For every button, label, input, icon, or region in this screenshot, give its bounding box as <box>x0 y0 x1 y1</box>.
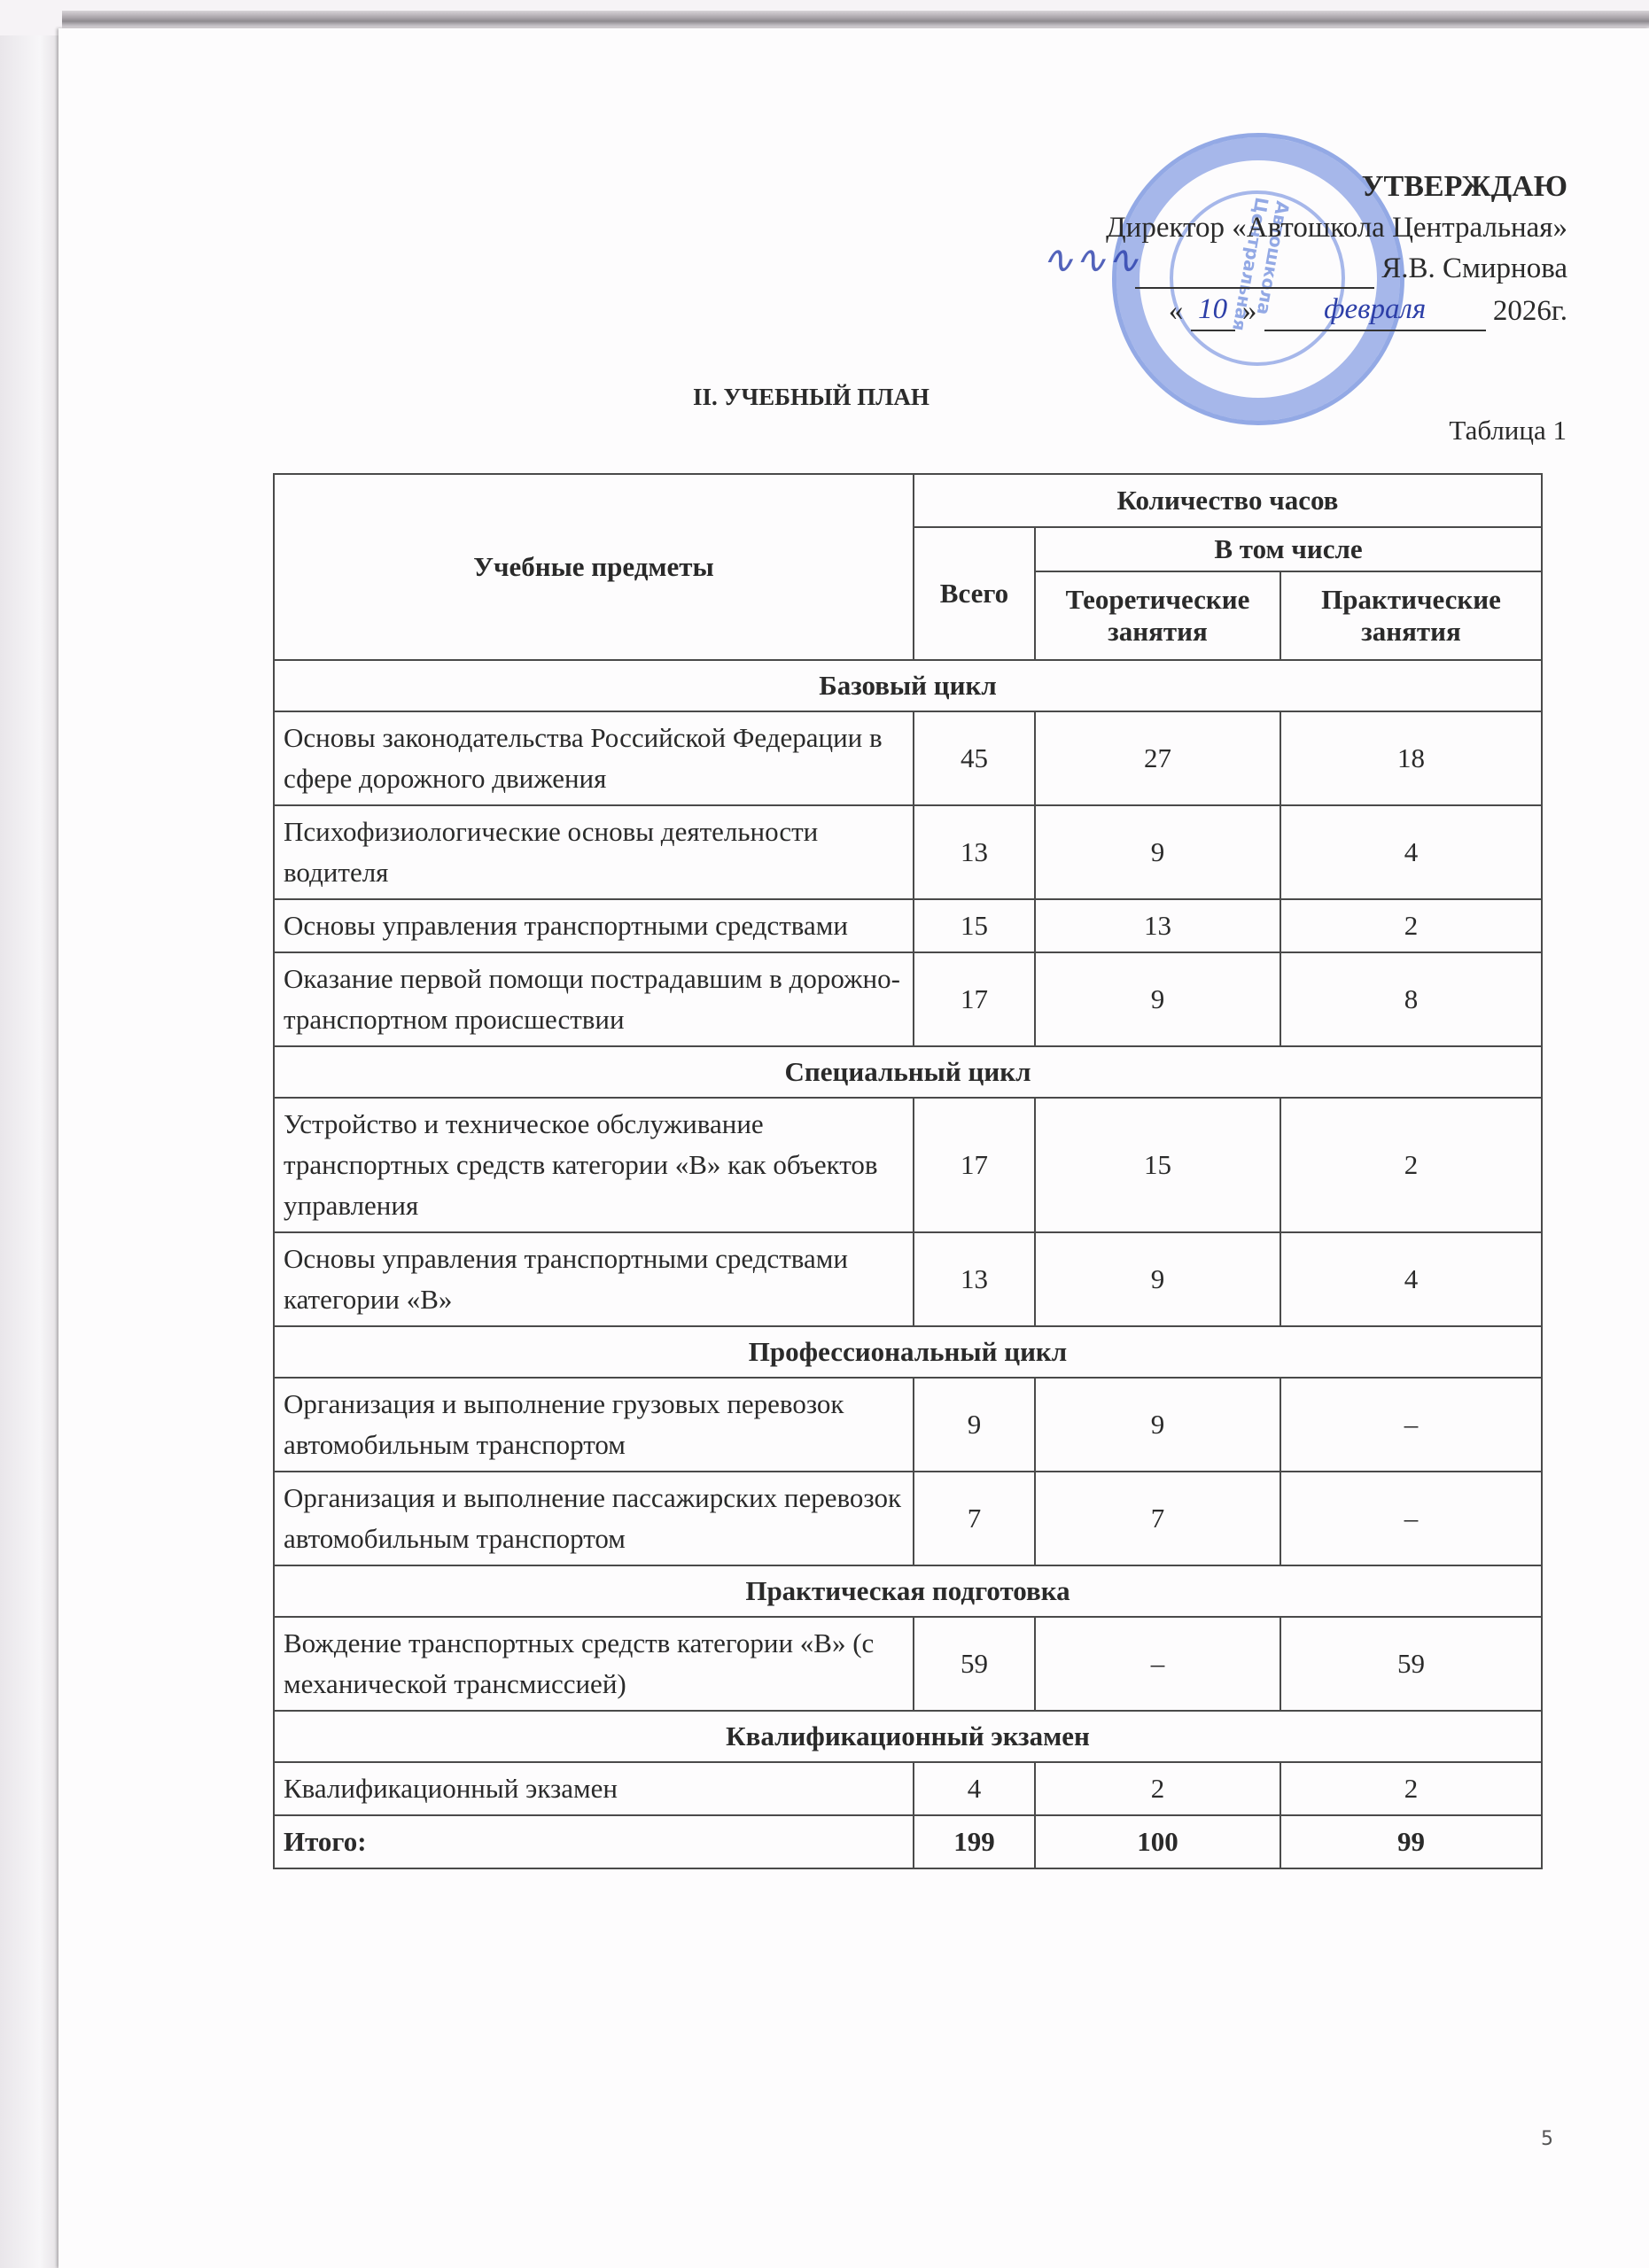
total-hours-cell: 45 <box>914 711 1035 805</box>
theory-hours-cell: 13 <box>1035 899 1280 952</box>
header-practice: Практические занятия <box>1280 571 1542 660</box>
totals-theory: 100 <box>1035 1815 1280 1868</box>
table-row: Устройство и техническое обслуживание тр… <box>274 1098 1542 1232</box>
document-title: II. УЧЕБНЫЙ ПЛАН <box>693 384 930 411</box>
table-row: Оказание первой помощи пострадавшим в до… <box>274 952 1542 1046</box>
handwritten-signature: ∿∿∿ <box>1041 237 1218 308</box>
section-title: Квалификационный экзамен <box>274 1711 1542 1762</box>
theory-hours-cell: 9 <box>1035 1378 1280 1472</box>
subject-cell: Вождение транспортных средств категории … <box>274 1617 914 1711</box>
underlying-page-edge <box>0 35 66 2268</box>
table-row: Организация и выполнение грузовых перево… <box>274 1378 1542 1472</box>
date-month: февраля <box>1264 289 1486 331</box>
date-quote-close: » <box>1242 295 1257 327</box>
section-title: Практическая подготовка <box>274 1565 1542 1617</box>
table-label: Таблица 1 <box>1449 415 1567 447</box>
total-hours-cell: 4 <box>914 1762 1035 1815</box>
totals-row: Итого:19910099 <box>274 1815 1542 1868</box>
total-hours-cell: 7 <box>914 1472 1035 1565</box>
section-title: Специальный цикл <box>274 1046 1542 1098</box>
subject-cell: Квалификационный экзамен <box>274 1762 914 1815</box>
total-hours-cell: 15 <box>914 899 1035 952</box>
table-row: Квалификационный экзамен422 <box>274 1762 1542 1815</box>
table-row: Вождение транспортных средств категории … <box>274 1617 1542 1711</box>
header-hours: Количество часов <box>914 474 1542 527</box>
subject-cell: Основы управления транспортными средства… <box>274 899 914 952</box>
subject-cell: Организация и выполнение грузовых перево… <box>274 1378 914 1472</box>
theory-hours-cell: – <box>1035 1617 1280 1711</box>
header-subjects: Учебные предметы <box>274 474 914 660</box>
practice-hours-cell: 18 <box>1280 711 1542 805</box>
totals-label: Итого: <box>274 1815 914 1868</box>
practice-hours-cell: 4 <box>1280 805 1542 899</box>
total-hours-cell: 17 <box>914 1098 1035 1232</box>
subject-cell: Организация и выполнение пассажирских пе… <box>274 1472 914 1565</box>
section-title: Профессиональный цикл <box>274 1326 1542 1378</box>
header-including: В том числе <box>1035 527 1542 571</box>
subject-cell: Основы законодательства Российской Федер… <box>274 711 914 805</box>
theory-hours-cell: 9 <box>1035 1232 1280 1326</box>
practice-hours-cell: 2 <box>1280 1762 1542 1815</box>
totals-practice: 99 <box>1280 1815 1542 1868</box>
theory-hours-cell: 2 <box>1035 1762 1280 1815</box>
header-total: Всего <box>914 527 1035 660</box>
total-hours-cell: 17 <box>914 952 1035 1046</box>
binder-edge <box>62 11 1649 28</box>
theory-hours-cell: 9 <box>1035 805 1280 899</box>
table-row: Организация и выполнение пассажирских пе… <box>274 1472 1542 1565</box>
practice-hours-cell: 2 <box>1280 899 1542 952</box>
theory-hours-cell: 9 <box>1035 952 1280 1046</box>
date-year: 2026г. <box>1493 295 1567 327</box>
table-row: Основы управления транспортными средства… <box>274 899 1542 952</box>
practice-hours-cell: 2 <box>1280 1098 1542 1232</box>
table-row: Основы управления транспортными средства… <box>274 1232 1542 1326</box>
section-row: Специальный цикл <box>274 1046 1542 1098</box>
theory-hours-cell: 7 <box>1035 1472 1280 1565</box>
practice-hours-cell: 4 <box>1280 1232 1542 1326</box>
section-row: Профессиональный цикл <box>274 1326 1542 1378</box>
table-row: Основы законодательства Российской Федер… <box>274 711 1542 805</box>
practice-hours-cell: – <box>1280 1378 1542 1472</box>
section-title: Базовый цикл <box>274 660 1542 711</box>
section-row: Базовый цикл <box>274 660 1542 711</box>
page-number: 5 <box>1541 2128 1553 2150</box>
practice-hours-cell: 8 <box>1280 952 1542 1046</box>
total-hours-cell: 13 <box>914 805 1035 899</box>
totals-total: 199 <box>914 1815 1035 1868</box>
header-theory: Теоретические занятия <box>1035 571 1280 660</box>
total-hours-cell: 59 <box>914 1617 1035 1711</box>
practice-hours-cell: 59 <box>1280 1617 1542 1711</box>
subject-cell: Психофизиологические основы деятельности… <box>274 805 914 899</box>
total-hours-cell: 9 <box>914 1378 1035 1472</box>
theory-hours-cell: 15 <box>1035 1098 1280 1232</box>
section-row: Практическая подготовка <box>274 1565 1542 1617</box>
approval-signer: Я.В. Смирнова <box>1381 252 1567 284</box>
approval-heading: УТВЕРЖДАЮ <box>1106 167 1567 207</box>
theory-hours-cell: 27 <box>1035 711 1280 805</box>
practice-hours-cell: – <box>1280 1472 1542 1565</box>
section-row: Квалификационный экзамен <box>274 1711 1542 1762</box>
table-row: Психофизиологические основы деятельности… <box>274 805 1542 899</box>
subject-cell: Основы управления транспортными средства… <box>274 1232 914 1326</box>
curriculum-table: Учебные предметы Количество часов Всего … <box>273 473 1543 1869</box>
subject-cell: Устройство и техническое обслуживание тр… <box>274 1098 914 1232</box>
table-body: Базовый циклОсновы законодательства Росс… <box>274 660 1542 1868</box>
total-hours-cell: 13 <box>914 1232 1035 1326</box>
subject-cell: Оказание первой помощи пострадавшим в до… <box>274 952 914 1046</box>
